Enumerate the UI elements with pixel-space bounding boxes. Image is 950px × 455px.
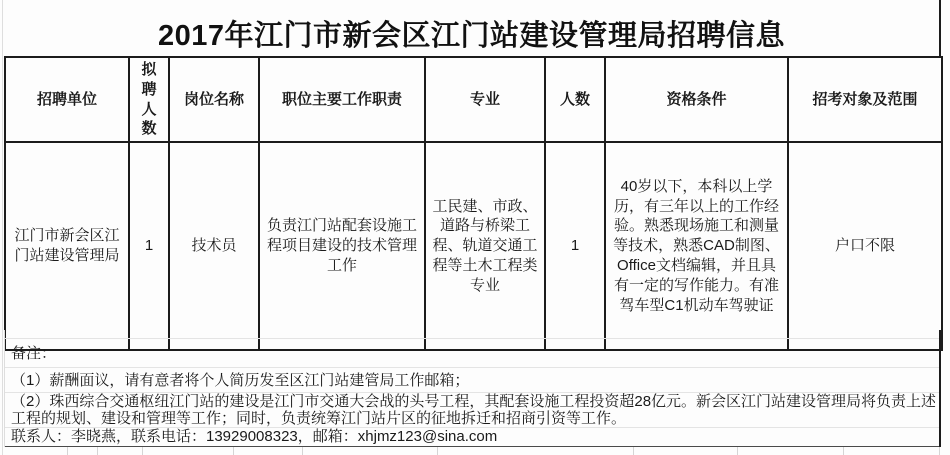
notes-spacer-row: [5, 330, 939, 339]
note-item-1: （1）薪酬面议，请有意者将个人简历发至区江门站建管局工作邮箱；: [5, 368, 939, 393]
table-row: 江门市新会区江门站建设管理局 1 技术员 负责江门站配套设施工程项目建设的技术管…: [5, 142, 942, 350]
header-cell-position-name: 岗位名称: [169, 57, 259, 142]
table-header-row: 招聘单位 拟聘人数 岗位名称 职位主要工作职责 专业 人数 资格条件 招考对象及…: [5, 57, 942, 142]
cell-recruiting-unit: 江门市新会区江门站建设管理局: [5, 142, 129, 350]
recruitment-table: 招聘单位 拟聘人数 岗位名称 职位主要工作职责 专业 人数 资格条件 招考对象及…: [4, 56, 943, 351]
recruitment-notice-sheet: 2017年江门市新会区江门站建设管理局招聘信息 招聘单位 拟聘人数 岗位名称 职…: [0, 0, 950, 455]
note-item-2: （2）珠西综合交通枢纽江门站的建设是江门市交通大会战的头号工程，其配套设施工程投…: [5, 393, 939, 428]
header-cell-major: 专业: [425, 57, 545, 142]
header-cell-count: 人数: [545, 57, 605, 142]
notes-label: 备注：: [5, 339, 939, 368]
header-cell-qualifications: 资格条件: [605, 57, 788, 142]
notes-section: 备注： （1）薪酬面议，请有意者将个人简历发至区江门站建管局工作邮箱； （2）珠…: [4, 330, 941, 447]
spreadsheet-edge-line: [2, 0, 3, 455]
header-cell-planned-hires: 拟聘人数: [129, 57, 169, 142]
cell-main-duties: 负责江门站配套设施工程项目建设的技术管理工作: [259, 142, 425, 350]
cell-target-scope: 户口不限: [788, 142, 942, 350]
contact-line: 联系人：李晓燕，联系电话：13929008323，邮箱：xhjmz123@sin…: [5, 428, 939, 447]
header-cell-target-scope: 招考对象及范围: [788, 57, 942, 142]
cell-count: 1: [545, 142, 605, 350]
next-row-gridline-stubs: [4, 447, 941, 455]
header-cell-recruiting-unit: 招聘单位: [5, 57, 129, 142]
cell-major: 工民建、市政、道路与桥梁工程、轨道交通工程等土木工程类专业: [425, 142, 545, 350]
cell-position-name: 技术员: [169, 142, 259, 350]
cell-planned-hires: 1: [129, 142, 169, 350]
page-title: 2017年江门市新会区江门站建设管理局招聘信息: [158, 21, 785, 53]
cell-qualifications: 40岁以下，本科以上学历，有三年以上的工作经验。熟悉现场施工和测量等技术，熟悉C…: [605, 142, 788, 350]
title-block: 2017年江门市新会区江门站建设管理局招聘信息: [4, 0, 941, 56]
header-cell-main-duties: 职位主要工作职责: [259, 57, 425, 142]
